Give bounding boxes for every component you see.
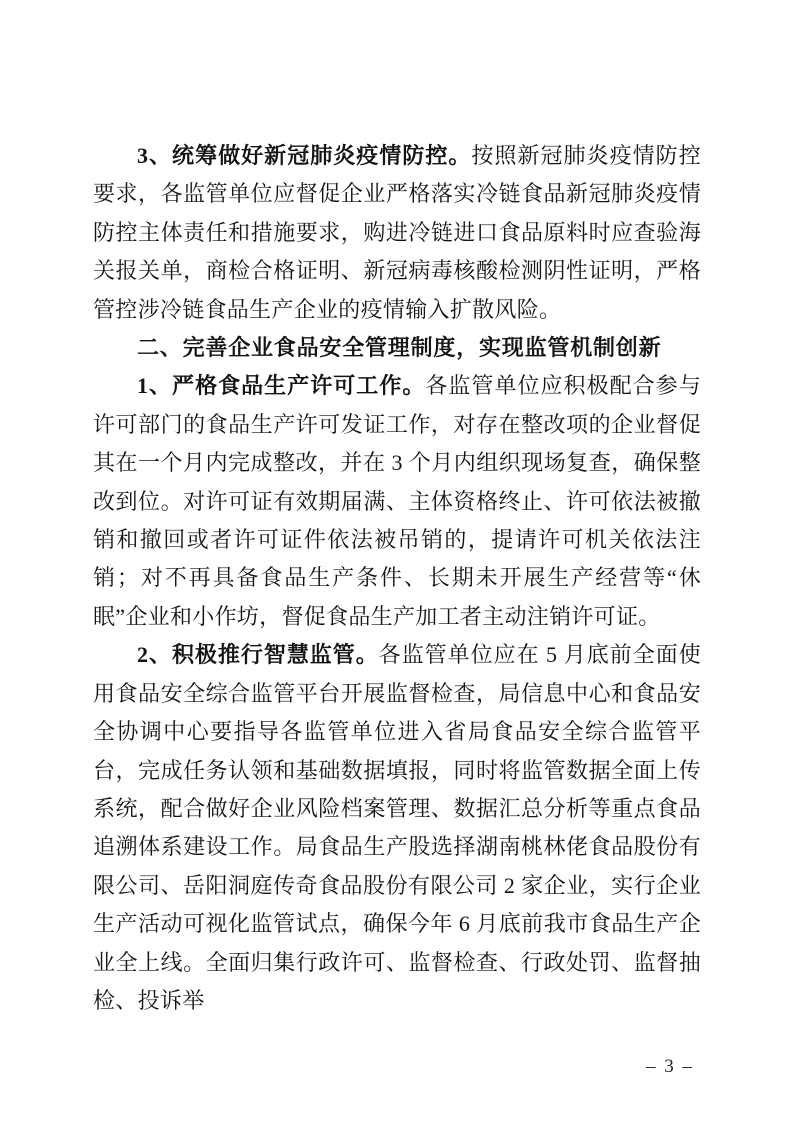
paragraph-lead-covid-prevention: 3、统筹做好新冠肺炎疫情防控。 [137,143,471,168]
paragraph-text-smart-supervision: 各监管单位应在 5 月底前全面使用食品安全综合监管平台开展监督检查，局信息中心和… [93,642,701,1013]
paragraph-production-license: 1、严格食品生产许可工作。各监管单位应积极配合参与许可部门的食品生产许可发证工作… [93,367,701,636]
paragraph-text-covid-prevention: 按照新冠肺炎疫情防控要求，各监管单位应督促企业严格落实冷链食品新冠肺炎疫情防控主… [93,143,701,322]
page-number: – 3 – [640,1056,700,1078]
section-heading-management-system: 二、完善企业食品安全管理制度，实现监管机制创新 [93,329,701,367]
paragraph-smart-supervision: 2、积极推行智慧监管。各监管单位应在 5 月底前全面使用食品安全综合监管平台开展… [93,636,701,1020]
paragraph-covid-prevention: 3、统筹做好新冠肺炎疫情防控。按照新冠肺炎疫情防控要求，各监管单位应督促企业严格… [93,137,701,329]
document-page: 3、统筹做好新冠肺炎疫情防控。按照新冠肺炎疫情防控要求，各监管单位应督促企业严格… [0,0,793,1122]
paragraph-lead-production-license: 1、严格食品生产许可工作。 [137,373,425,398]
paragraph-text-production-license: 各监管单位应积极配合参与许可部门的食品生产许可发证工作，对存在整改项的企业督促其… [93,373,701,628]
document-body: 3、统筹做好新冠肺炎疫情防控。按照新冠肺炎疫情防控要求，各监管单位应督促企业严格… [93,137,701,1020]
paragraph-lead-smart-supervision: 2、积极推行智慧监管。 [137,642,379,667]
